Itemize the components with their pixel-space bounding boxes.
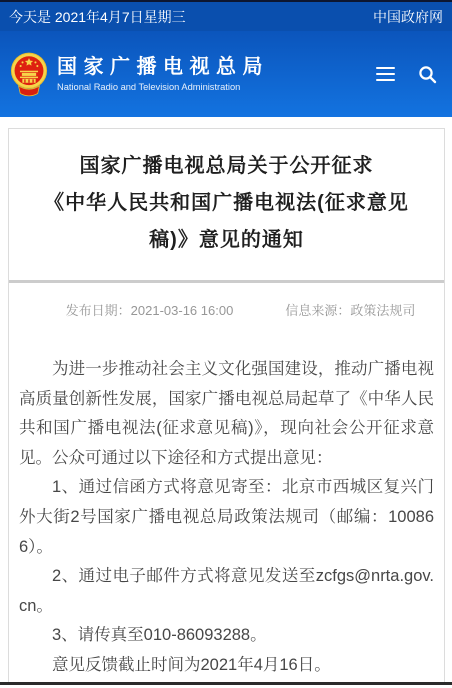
article-title-line-1: 国家广播电视总局关于公开征求 (17, 148, 436, 185)
article-meta: 发布日期：2021-03-16 16:00 信息来源：政策法规司 (23, 300, 445, 319)
menu-icon[interactable] (376, 63, 395, 84)
paragraph-fax-channel: 3、请传真至010-86093288。 (19, 621, 434, 651)
article-title-line-3: 稿)》意见的通知 (17, 222, 436, 259)
title-divider (9, 280, 444, 283)
gov-portal-link[interactable]: 中国政府网 (373, 7, 443, 27)
paragraph-email-channel: 2、通过电子邮件方式将意见发送至zcfgs@nrta.gov.cn。 (19, 562, 434, 621)
site-logo[interactable]: 国家广播电视总局 National Radio and Television A… (10, 51, 269, 98)
current-date-text: 今天是 2021年4月7日星期三 (9, 7, 186, 27)
search-icon[interactable] (418, 65, 437, 84)
org-name-chinese: 国家广播电视总局 (57, 56, 269, 78)
publish-date: 发布日期：2021-03-16 16:00 (66, 300, 234, 319)
article-body: 为进一步推动社会主义文化强国建设，推动广播电视高质量创新性发展，国家广播电视总局… (19, 355, 434, 681)
paragraph-intro: 为进一步推动社会主义文化强国建设，推动广播电视高质量创新性发展，国家广播电视总局… (19, 355, 434, 473)
org-name-english: National Radio and Television Administra… (57, 82, 269, 92)
screenshot-bottom-edge (0, 682, 452, 685)
paragraph-mail-channel: 1、通过信函方式将意见寄至：北京市西城区复兴门外大街2号国家广播电视总局政策法规… (19, 473, 434, 562)
article-title-line-2: 《中华人民共和国广播电视法(征求意见 (17, 185, 436, 222)
paragraph-deadline: 意见反馈截止时间为2021年4月16日。 (19, 651, 434, 681)
article-card: 国家广播电视总局关于公开征求 《中华人民共和国广播电视法(征求意见 稿)》意见的… (8, 128, 445, 682)
national-emblem-icon (10, 51, 48, 98)
info-source: 信息来源：政策法规司 (285, 300, 415, 319)
article-title: 国家广播电视总局关于公开征求 《中华人民共和国广播电视法(征求意见 稿)》意见的… (17, 148, 436, 259)
site-header: 国家广播电视总局 National Radio and Television A… (0, 31, 452, 117)
top-government-bar: 今天是 2021年4月7日星期三 中国政府网 (0, 0, 452, 31)
